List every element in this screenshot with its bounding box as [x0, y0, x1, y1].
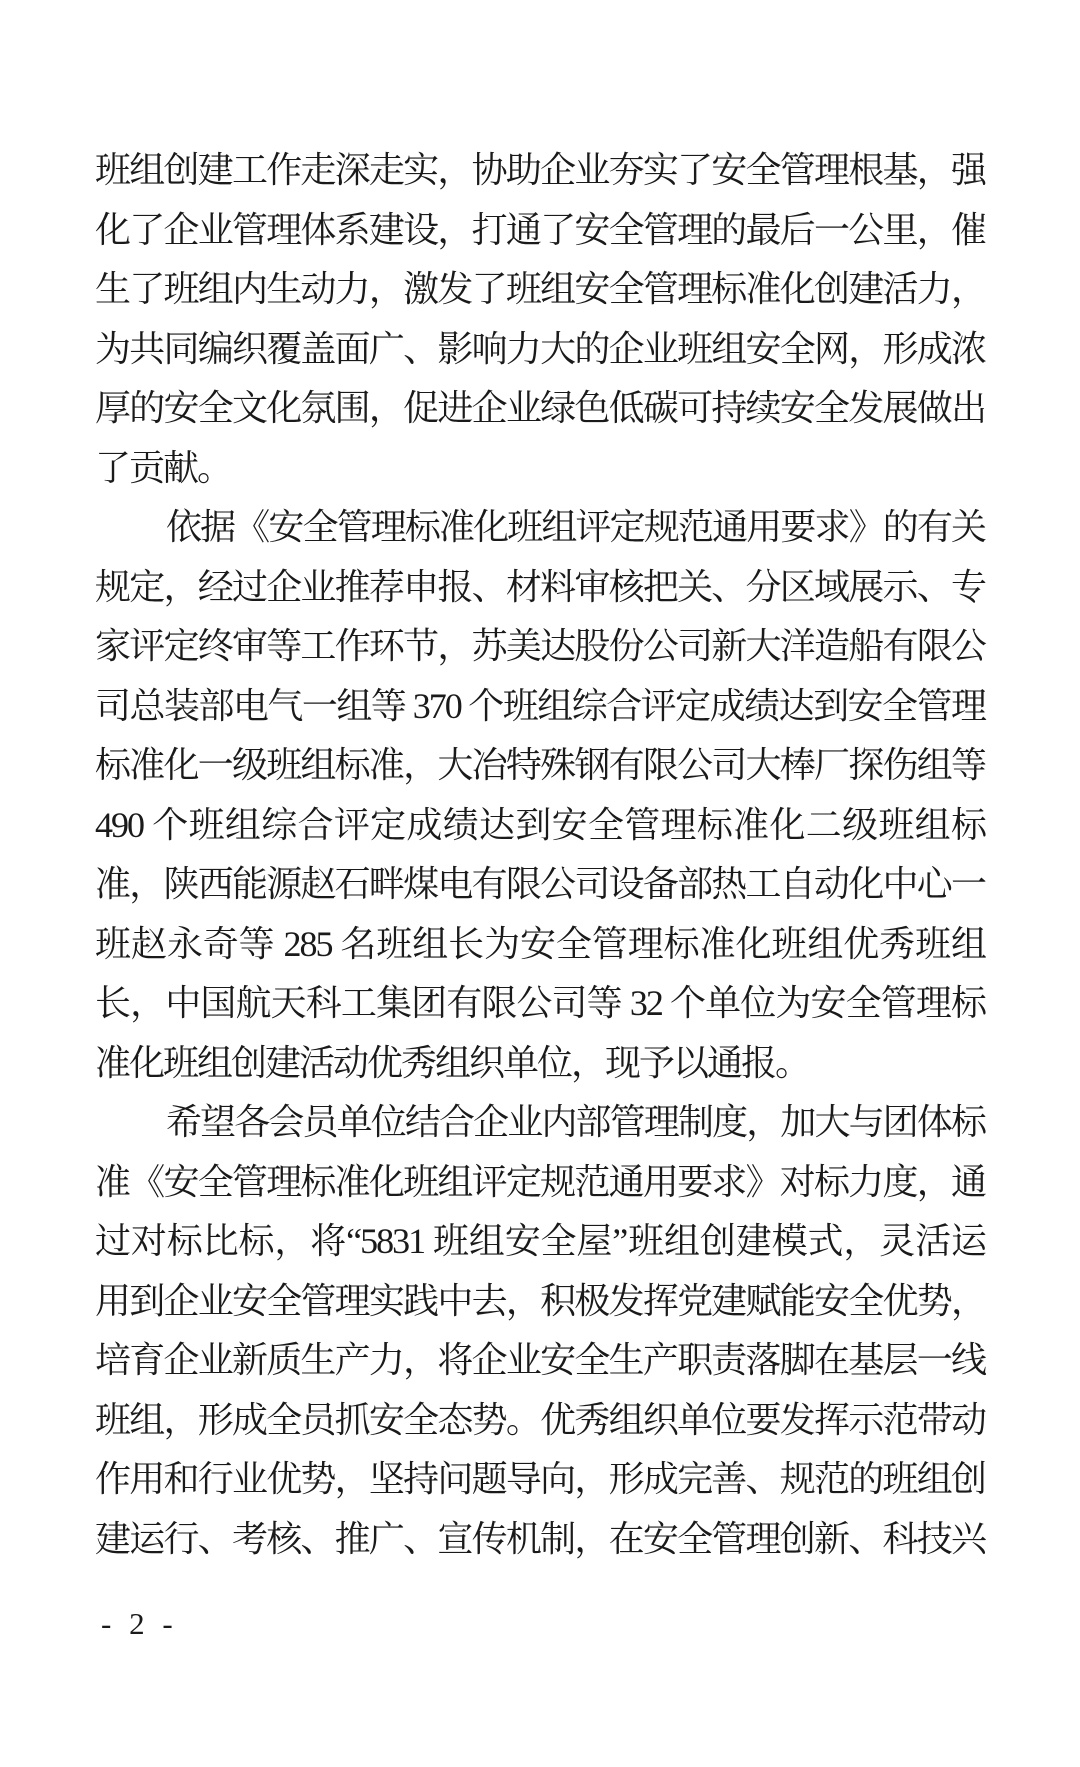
text-line: 司总装部电气一组等 370 个班组综合评定成绩达到安全管理: [95, 677, 985, 737]
text-line: 班组，形成全员抓安全态势。优秀组织单位要发挥示范带动: [95, 1391, 985, 1451]
text-line: 作用和行业优势，坚持问题导向，形成完善、规范的班组创: [95, 1450, 985, 1510]
text-line: 为共同编织覆盖面广、影响力大的企业班组安全网，形成浓: [95, 320, 985, 380]
text-line: 过对标比标，将“5831 班组安全屋”班组创建模式，灵活运: [95, 1212, 985, 1272]
text-line: 班赵永奇等 285 名班组长为安全管理标准化班组优秀班组: [95, 915, 985, 975]
text-line: 厚的安全文化氛围，促进企业绿色低碳可持续安全发展做出: [95, 379, 985, 439]
text-line: 培育企业新质生产力，将企业安全生产职责落脚在基层一线: [95, 1331, 985, 1391]
text-line: 准《安全管理标准化班组评定规范通用要求》对标力度，通: [95, 1153, 985, 1213]
text-line: 准化班组创建活动优秀组织单位，现予以通报。: [95, 1034, 985, 1094]
text-line: 希望各会员单位结合企业内部管理制度，加大与团体标: [95, 1093, 985, 1153]
text-line: 规定，经过企业推荐申报、材料审核把关、分区域展示、专: [95, 558, 985, 618]
paragraph-2: 依据《安全管理标准化班组评定规范通用要求》的有关 规定，经过企业推荐申报、材料审…: [95, 498, 985, 1093]
paragraph-3: 希望各会员单位结合企业内部管理制度，加大与团体标 准《安全管理标准化班组评定规范…: [95, 1093, 985, 1569]
text-line: 生了班组内生动力，激发了班组安全管理标准化创建活力，: [95, 260, 985, 320]
text-line: 490 个班组综合评定成绩达到安全管理标准化二级班组标: [95, 796, 985, 856]
text-line: 长，中国航天科工集团有限公司等 32 个单位为安全管理标: [95, 974, 985, 1034]
paragraph-1: 班组创建工作走深走实，协助企业夯实了安全管理根基，强 化了企业管理体系建设，打通…: [95, 141, 985, 498]
text-line: 准，陕西能源赵石畔煤电有限公司设备部热工自动化中心一: [95, 855, 985, 915]
text-line: 依据《安全管理标准化班组评定规范通用要求》的有关: [95, 498, 985, 558]
document-page: 班组创建工作走深走实，协助企业夯实了安全管理根基，强 化了企业管理体系建设，打通…: [0, 0, 1080, 1767]
text-line: 标准化一级班组标准，大冶特殊钢有限公司大棒厂探伤组等: [95, 736, 985, 796]
page-number: - 2 -: [101, 1606, 178, 1642]
text-line: 家评定终审等工作环节，苏美达股份公司新大洋造船有限公: [95, 617, 985, 677]
text-line: 用到企业安全管理实践中去，积极发挥党建赋能安全优势，: [95, 1272, 985, 1332]
text-line: 班组创建工作走深走实，协助企业夯实了安全管理根基，强: [95, 141, 985, 201]
text-line: 了贡献。: [95, 439, 985, 499]
text-line: 化了企业管理体系建设，打通了安全管理的最后一公里，催: [95, 201, 985, 261]
document-text-body: 班组创建工作走深走实，协助企业夯实了安全管理根基，强 化了企业管理体系建设，打通…: [95, 141, 985, 1569]
text-line: 建运行、考核、推广、宣传机制，在安全管理创新、科技兴: [95, 1510, 985, 1570]
